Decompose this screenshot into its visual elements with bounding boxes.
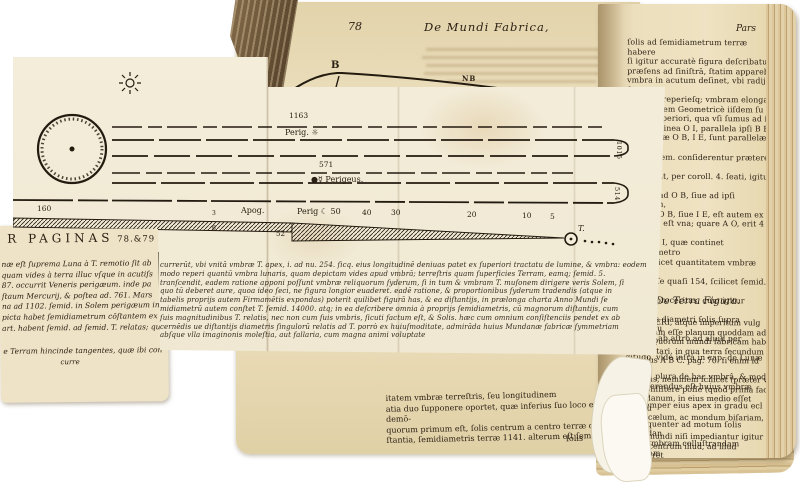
cone-width-bottom: 6 xyxy=(212,225,216,232)
scale-30: 30 xyxy=(391,208,401,217)
scale-20: 20 xyxy=(467,210,477,219)
sun-symbol-icon xyxy=(119,72,141,94)
perigee-sun-label: Perig. ☼ xyxy=(285,128,319,137)
scale-10: 10 xyxy=(522,211,532,220)
cone-width-top: 3 xyxy=(212,210,216,217)
earth-circle-icon xyxy=(565,233,614,245)
scale-apog: Apog. xyxy=(241,206,264,215)
sun-circle-icon xyxy=(38,115,106,183)
scale-160: 160 xyxy=(37,204,51,213)
perigee-mercury-label: ●☿ Perigeus. xyxy=(311,175,363,184)
right-running-header: Pars xyxy=(736,24,756,34)
slip-title: R PAGINAS xyxy=(7,231,113,246)
margin-mark: NB xyxy=(462,74,476,83)
foldout-paragraph: currerūt, vbi vnitā vmbræ T. apex, i. ad… xyxy=(160,261,660,340)
scale-perig-moon-50: Perig ☾ 50 xyxy=(297,207,341,216)
distance-value-1163: 1163 xyxy=(289,111,308,120)
catchword: ſolis xyxy=(566,434,583,443)
cone-value-52: 52 xyxy=(276,230,285,238)
distance-value-571: 571 xyxy=(319,160,333,169)
slip-catchword: curre xyxy=(60,358,79,366)
capsule-value-514: 514 xyxy=(613,187,621,201)
running-title: De Mundi Fabrica, xyxy=(424,20,550,34)
slip-text: næ eſt ſuprema Luna à T. remotio ſit ab … xyxy=(1,258,166,334)
capsule-value-1015: 1015 xyxy=(615,141,623,160)
slip-cont-line: e Terram hincinde tangentes, quæ ibi con xyxy=(3,345,163,356)
book-photo: 78 De Mundi Fabrica, B NB itatem vmbræ t… xyxy=(0,0,800,503)
scale-40: 40 xyxy=(362,208,372,217)
arc-point-label: B xyxy=(331,60,339,71)
earth-label: T. xyxy=(578,224,585,233)
page-number: 78 xyxy=(348,20,362,33)
showthrough-line xyxy=(426,48,606,51)
instruction-slip: R PAGINAS 78.&79 næ eſt ſuprema Luna à T… xyxy=(0,224,169,403)
fore-edge-pages xyxy=(766,4,796,458)
slip-title-pages: 78.&79 xyxy=(117,234,155,244)
scale-5: 5 xyxy=(550,212,555,221)
